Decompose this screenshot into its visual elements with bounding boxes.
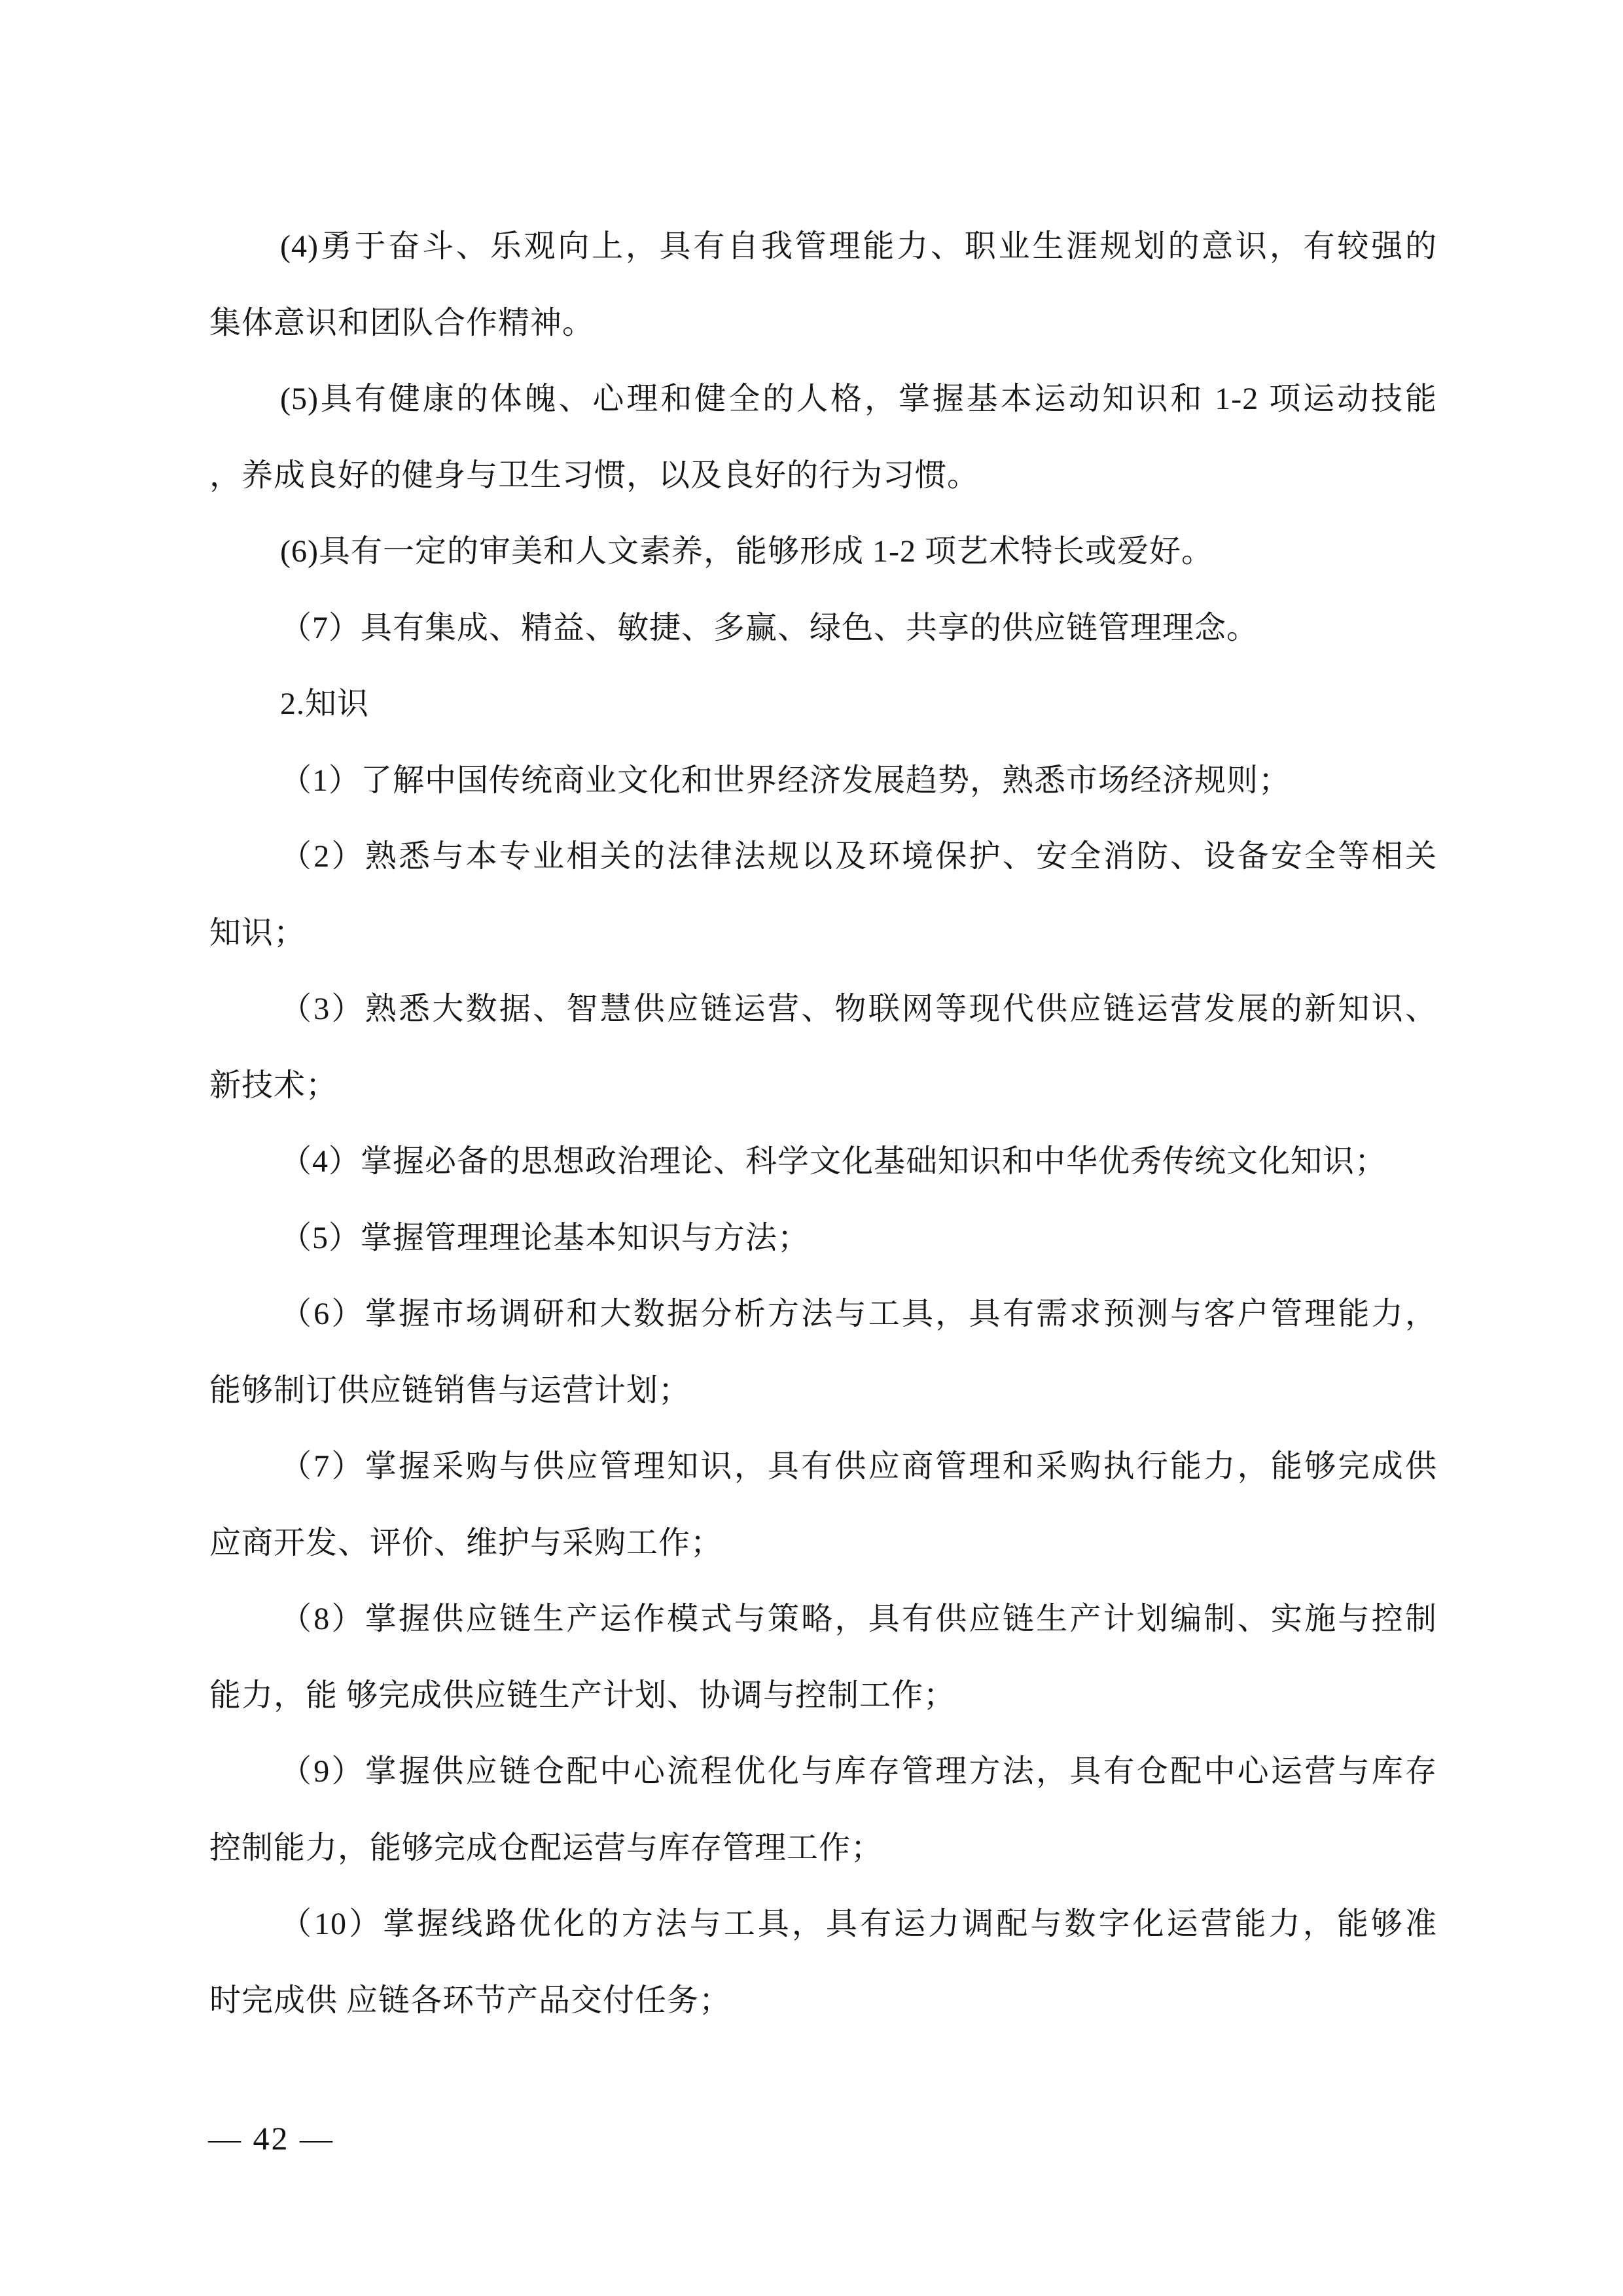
text-line: （4）掌握必备的思想政治理论、科学文化基础知识和中华优秀传统文化知识； [209, 1124, 1437, 1200]
text-line: (6)具有一定的审美和人文素养，能够形成 1-2 项艺术特长或爱好。 [209, 514, 1437, 590]
text-line: （1）了解中国传统商业文化和世界经济发展趋势，熟悉市场经济规则； [209, 743, 1437, 819]
text-line: （2）熟悉与本专业相关的法律法规以及环境保护、安全消防、设备安全等相关 [209, 819, 1437, 895]
text-line: 能力，能 够完成供应链生产计划、协调与控制工作； [209, 1658, 1437, 1734]
text-line: 2.知识 [209, 666, 1437, 743]
text-line: （7）具有集成、精益、敏捷、多赢、绿色、共享的供应链管理理念。 [209, 590, 1437, 667]
text-line: （7）掌握采购与供应管理知识，具有供应商管理和采购执行能力，能够完成供 [209, 1429, 1437, 1505]
text-line: 知识； [209, 895, 1437, 972]
text-line: （5）掌握管理理论基本知识与方法； [209, 1200, 1437, 1277]
text-line: 时完成供 应链各环节产品交付任务； [209, 1963, 1437, 2039]
text-line: （3）熟悉大数据、智慧供应链运营、物联网等现代供应链运营发展的新知识、 [209, 971, 1437, 1048]
text-line: （9）掌握供应链仓配中心流程优化与库存管理方法，具有仓配中心运营与库存 [209, 1734, 1437, 1810]
document-body: (4)勇于奋斗、乐观向上，具有自我管理能力、职业生涯规划的意识，有较强的集体意识… [209, 209, 1437, 2039]
document-page: (4)勇于奋斗、乐观向上，具有自我管理能力、职业生涯规划的意识，有较强的集体意识… [0, 0, 1623, 2296]
text-line: （10）掌握线路优化的方法与工具，具有运力调配与数字化运营能力，能够准 [209, 1886, 1437, 1963]
text-line: 控制能力，能够完成仓配运营与库存管理工作； [209, 1810, 1437, 1887]
text-line: 应商开发、评价、维护与采购工作； [209, 1505, 1437, 1582]
text-line: 新技术； [209, 1048, 1437, 1124]
text-line: (4)勇于奋斗、乐观向上，具有自我管理能力、职业生涯规划的意识，有较强的 [209, 209, 1437, 285]
text-line: ，养成良好的健身与卫生习惯，以及良好的行为习惯。 [209, 438, 1437, 514]
text-line: 能够制订供应链销售与运营计划； [209, 1353, 1437, 1429]
page-number: — 42 — [208, 2118, 334, 2159]
text-line: (5)具有健康的体魄、心理和健全的人格，掌握基本运动知识和 1-2 项运动技能 [209, 361, 1437, 438]
text-line: （6）掌握市场调研和大数据分析方法与工具，具有需求预测与客户管理能力， [209, 1276, 1437, 1353]
text-line: （8）掌握供应链生产运作模式与策略，具有供应链生产计划编制、实施与控制 [209, 1581, 1437, 1658]
text-line: 集体意识和团队合作精神。 [209, 285, 1437, 362]
